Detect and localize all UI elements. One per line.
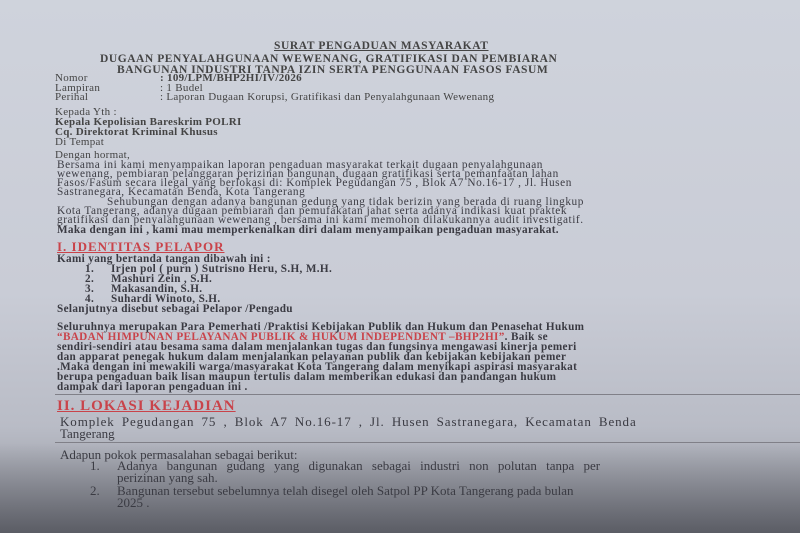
section1-after: Selanjutnya disebut sebagai Pelapor /Pen… bbox=[57, 303, 293, 316]
document-page: SURAT PENGADUAN MASYARAKAT DUGAAN PENYAL… bbox=[0, 0, 800, 533]
location-address-line-2: Tangerang bbox=[60, 427, 115, 440]
meta-label-perihal: Perihal bbox=[55, 91, 88, 104]
intro-closing: Maka dengan ini , kami mau memperkenalka… bbox=[57, 224, 559, 237]
meta-value-perihal: : Laporan Dugaan Korupsi, Gratifikasi da… bbox=[160, 91, 494, 104]
org-line: dampak dari laporan pengaduan ini . bbox=[57, 381, 248, 394]
document-title: SURAT PENGADUAN MASYARAKAT bbox=[274, 40, 489, 53]
location-address-line-1: Komplek Pegudangan 75 , Blok A7 No.16-17… bbox=[60, 415, 637, 428]
issue-text: Bangunan tersebut sebelumnya telah diseg… bbox=[117, 484, 574, 497]
divider bbox=[55, 442, 800, 443]
section-heading-identitas-pelapor: I. IDENTITAS PELAPOR bbox=[57, 240, 224, 253]
issue-number: 2. bbox=[90, 484, 100, 497]
section-heading-lokasi-kejadian: II. LOKASI KEJADIAN bbox=[57, 398, 236, 414]
recipient-line-3: Di Tempat bbox=[55, 136, 104, 149]
divider bbox=[55, 394, 800, 395]
issue-text: 2025 . bbox=[117, 496, 150, 509]
issue-number: 1. bbox=[90, 459, 100, 472]
